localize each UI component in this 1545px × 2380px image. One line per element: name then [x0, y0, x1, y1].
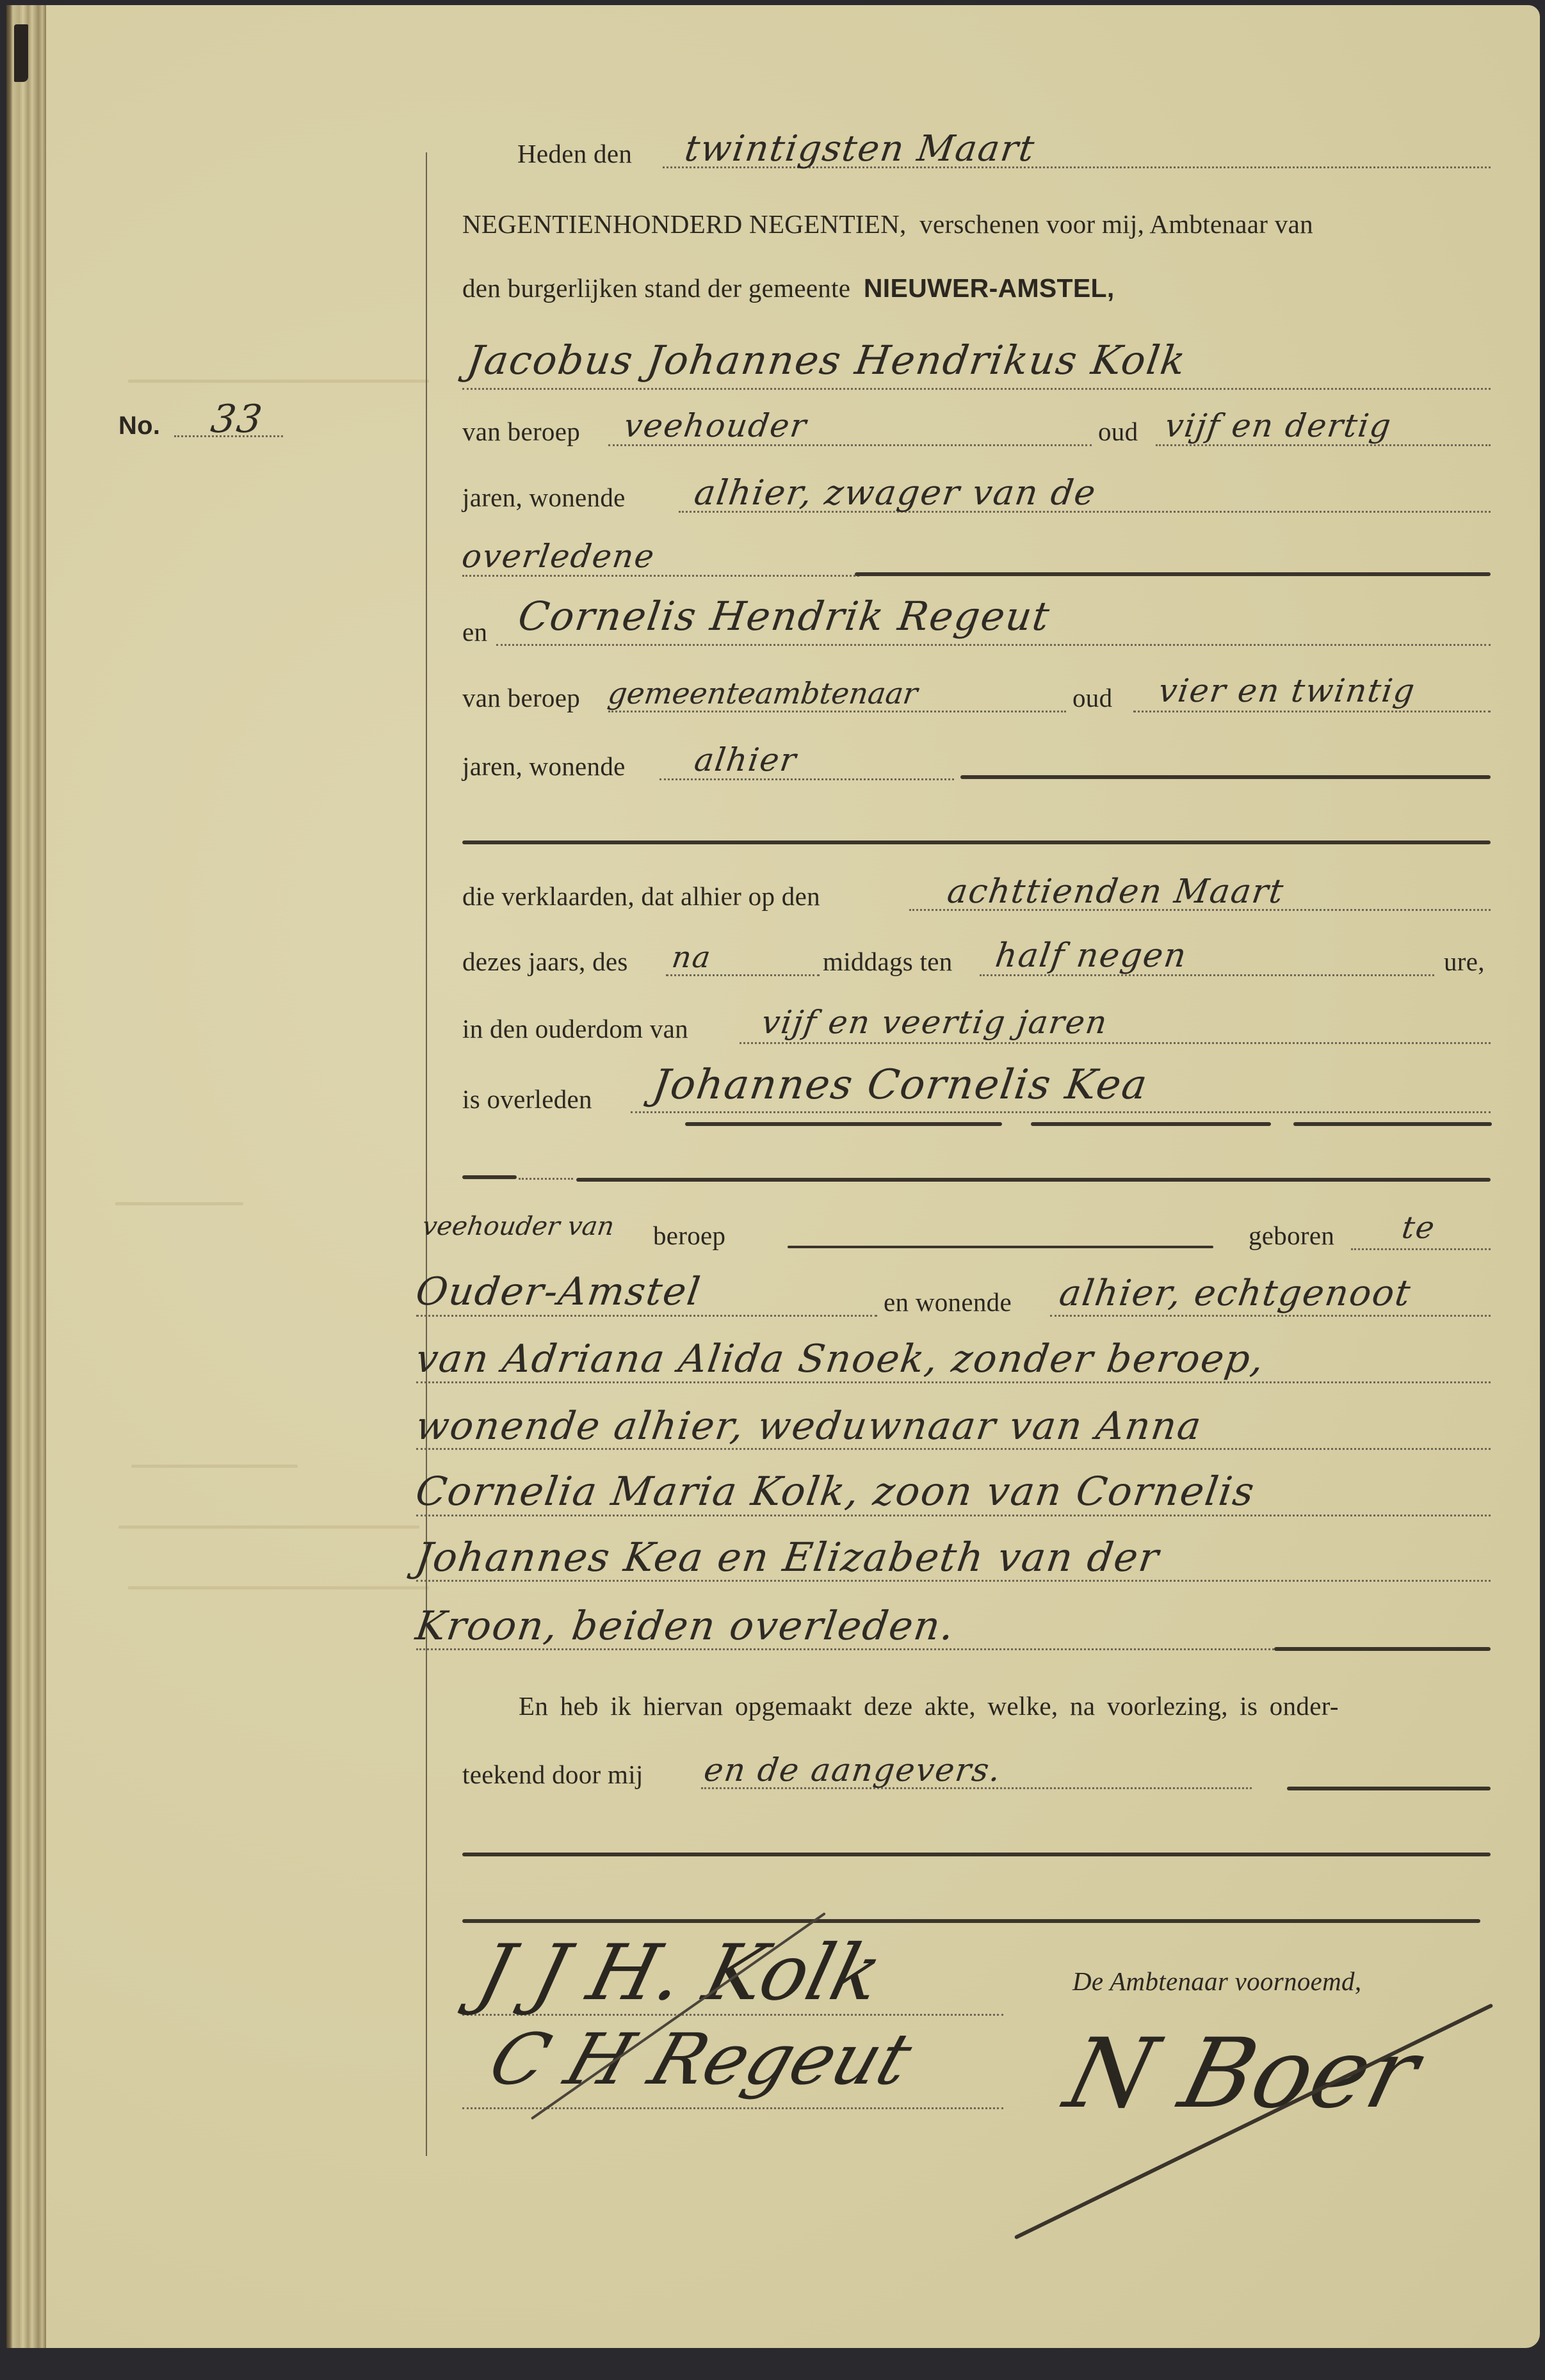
- burgerlijke-stand-line: den burgerlijken stand der gemeente NIEU…: [462, 273, 1115, 303]
- van-beroep-label-2: van beroep: [462, 682, 580, 713]
- dotted-line: [519, 1178, 573, 1180]
- deceased-detail-line: Cornelia Maria Kolk, zoon van Cornelis: [413, 1468, 1258, 1515]
- birthplace-line-2: [416, 1315, 877, 1317]
- death-date: achttienden Maart: [945, 872, 1287, 911]
- oud-label: oud: [1098, 416, 1138, 447]
- declarant1-age: vijf en dertig: [1163, 407, 1395, 444]
- declarant2-signature: C H Regeut: [480, 2018, 921, 2100]
- en-label: en: [462, 616, 487, 647]
- relation-line: [462, 575, 859, 577]
- free-line: [416, 1515, 1491, 1516]
- declarant2-residence: alhier: [692, 741, 800, 778]
- deceased-detail-line: Johannes Kea en Elizabeth van der: [413, 1534, 1163, 1580]
- teekend-label: teekend door mij: [462, 1759, 643, 1790]
- strike-bar: [576, 1178, 1491, 1182]
- declarant1-name-line: [462, 388, 1491, 390]
- declarant2-occupation: gemeenteambtenaar: [606, 676, 919, 711]
- name-underline: [685, 1122, 1002, 1126]
- jaren-wonende-label: jaren, wonende: [462, 482, 626, 513]
- heden-den-label: Heden den: [517, 138, 632, 169]
- name-underline: [1031, 1122, 1271, 1126]
- strike-bar: [462, 1853, 1491, 1856]
- en-wonende-label: en wonende: [884, 1287, 1012, 1317]
- birthplace: Ouder-Amstel: [413, 1269, 704, 1314]
- declarant1-name: Jacobus Johannes Hendrikus Kolk: [464, 337, 1190, 383]
- register-number: 33: [208, 397, 266, 442]
- register-page: No. 33 Heden den twintigsten Maart NEGEN…: [6, 5, 1540, 2348]
- show-through-line: [128, 1586, 429, 1589]
- strike-bar: [1274, 1647, 1491, 1651]
- dezes-jaars-label: dezes jaars, des: [462, 946, 628, 977]
- declarant2-name-line: [496, 644, 1491, 646]
- show-through-line: [128, 380, 429, 383]
- binding-tab: [14, 24, 28, 82]
- middags-ten-label: middags ten: [823, 946, 953, 977]
- residence-line-2: [659, 778, 954, 780]
- strike-bar: [855, 572, 1491, 576]
- death-time: half negen: [993, 937, 1190, 975]
- age-line-2: [1133, 711, 1491, 712]
- declarant1-relation: overledene: [460, 538, 658, 575]
- oud-label-2: oud: [1072, 682, 1112, 713]
- deceased-residence: alhier, echtgenoot: [1056, 1273, 1414, 1314]
- number-label: No.: [118, 412, 160, 440]
- verschenen-text: verschenen voor mij, Ambtenaar van: [919, 209, 1313, 239]
- deceased-occupation: veehouder van: [421, 1212, 616, 1241]
- strike-bar: [788, 1246, 1213, 1248]
- year-line: NEGENTIENHONDERD NEGENTIEN, verschenen v…: [462, 209, 1313, 239]
- age-line: [1156, 444, 1491, 446]
- jaren-wonende-label-2: jaren, wonende: [462, 751, 626, 782]
- book-binding: [6, 5, 46, 2348]
- die-verklaarden-label: die verklaarden, dat alhier op den: [462, 881, 820, 912]
- deceased-name-line: [631, 1111, 1491, 1113]
- geboren-label: geboren: [1249, 1220, 1334, 1251]
- show-through-line: [131, 1465, 298, 1468]
- strike-bar: [960, 775, 1491, 779]
- ure-label: ure,: [1444, 946, 1485, 977]
- deceased-residence-line: [1050, 1315, 1491, 1317]
- occupation-line-2: [608, 711, 1066, 712]
- beroep-label: beroep: [653, 1220, 725, 1251]
- deceased-detail-line: Kroon, beiden overleden.: [413, 1602, 959, 1649]
- show-through-line: [118, 1525, 419, 1529]
- declarant2-age: vier en twintig: [1156, 672, 1418, 709]
- handwritten-date: twintigsten Maart: [682, 128, 1037, 170]
- deceased-name: Johannes Cornelis Kea: [650, 1061, 1151, 1109]
- daypart-line: [666, 974, 820, 976]
- year-text: NEGENTIENHONDERD NEGENTIEN,: [462, 209, 907, 239]
- declarant1-signature: J J H. Kolk: [469, 1929, 891, 2018]
- strike-bar: [462, 1919, 1480, 1923]
- ambtenaar-label: De Ambtenaar voornoemd,: [1072, 1966, 1361, 1997]
- ouderdom-label: in den ouderdom van: [462, 1013, 688, 1044]
- strike-bar: [1287, 1787, 1491, 1790]
- strike-bar: [462, 840, 1491, 844]
- free-line: [416, 1381, 1491, 1383]
- deceased-detail-line: wonende alhier, weduwnaar van Anna: [413, 1404, 1205, 1449]
- show-through-line: [115, 1202, 243, 1205]
- occupation-line: [608, 444, 1092, 446]
- name-underline: [1293, 1122, 1492, 1126]
- declarant2-name: Cornelis Hendrik Regeut: [515, 593, 1053, 639]
- deceased-detail-line: van Adriana Alida Snoek, zonder beroep,: [413, 1337, 1268, 1381]
- official-signature: N Boer: [1055, 2018, 1428, 2130]
- closing-text: En heb ik hiervan opgemaakt deze akte, w…: [519, 1691, 1339, 1721]
- declarant1-occupation: veehouder: [622, 407, 810, 444]
- deceased-age-line: [740, 1042, 1491, 1044]
- death-daypart: na: [670, 940, 714, 974]
- van-beroep-label: van beroep: [462, 416, 580, 447]
- birthplace-prefix: te: [1400, 1210, 1438, 1246]
- deceased-age: vijf en veertig jaren: [759, 1004, 1110, 1041]
- is-overleden-label: is overleden: [462, 1084, 592, 1114]
- birthplace-line: [1351, 1248, 1491, 1250]
- declarant1-residence: alhier, zwager van de: [692, 472, 1099, 513]
- margin-rule: [426, 152, 427, 2156]
- burgerlijke-stand-text: den burgerlijken stand der gemeente: [462, 273, 850, 303]
- strike-bar: [462, 1175, 517, 1179]
- signed-by: en de aangevers.: [702, 1751, 1004, 1789]
- gemeente-name: NIEUWER-AMSTEL,: [864, 273, 1115, 303]
